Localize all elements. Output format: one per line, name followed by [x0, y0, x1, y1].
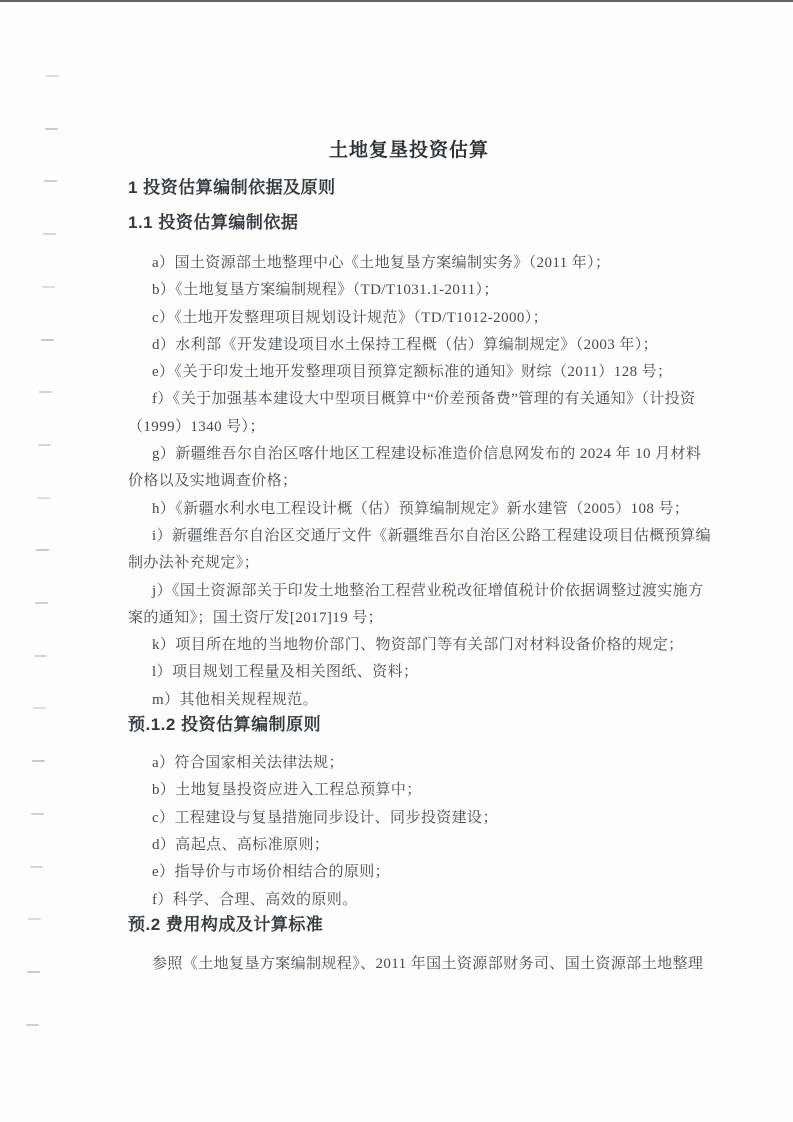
list-item-d: d）水利部《开发建设项目水土保持工程概（估）算编制规定》（2003 年）； — [128, 332, 690, 359]
list-item-c: c）《土地开发整理项目规划设计规范》（TD/T1012-2000）； — [128, 305, 690, 332]
list-item-h: h）《新疆水利水电工程设计概（估）预算编制规定》新水建管（2005）108 号； — [128, 496, 690, 523]
principle-item-a: a）符合国家相关法律法规； — [128, 750, 690, 777]
list-item-k: k）项目所在地的当地物价部门、物资部门等有关部门对材料设备价格的规定； — [128, 632, 690, 659]
principle-item-d: d）高起点、高标准原则； — [128, 832, 690, 859]
list-item-f: f）《关于加强基本建设大中型项目概算中“价差预备费”管理的有关通知》（计投资 — [128, 386, 690, 413]
principle-item-c: c）工程建设与复垦措施同步设计、同步投资建设； — [128, 805, 690, 832]
list-item-f-cont: （1999）1340 号）； — [128, 414, 690, 441]
section-pre-2-paragraph: 参照《土地复垦方案编制规程》、2011 年国土资源部财务司、国土资源部土地整理 — [128, 951, 690, 978]
section-pre-1-2-heading: 预.1.2 投资估算编制原则 — [128, 715, 690, 734]
list-item-i: i）新疆维吾尔自治区交通厅文件《新疆维吾尔自治区公路工程建设项目估概预算编 — [128, 523, 690, 550]
section-1-heading: 1 投资估算编制依据及原则 — [128, 178, 690, 197]
principle-item-b: b）土地复垦投资应进入工程总预算中； — [128, 777, 690, 804]
list-item-e: e）《关于印发土地开发整理项目预算定额标准的通知》财综（2011）128 号； — [128, 359, 690, 386]
list-item-a: a）国土资源部土地整理中心《土地复垦方案编制实务》（2011 年）； — [128, 250, 690, 277]
list-item-i-cont: 制办法补充规定》； — [128, 550, 690, 577]
basis-list: a）国土资源部土地整理中心《土地复垦方案编制实务》（2011 年）； b）《土地… — [128, 250, 690, 714]
principle-item-e: e）指导价与市场价相结合的原则； — [128, 859, 690, 886]
list-item-g: g）新疆维吾尔自治区喀什地区工程建设标准造价信息网发布的 2024 年 10 月… — [128, 441, 690, 468]
list-item-b: b）《土地复垦方案编制规程》（TD/T1031.1-2011）； — [128, 277, 690, 304]
list-item-l: l）项目规划工程量及相关图纸、资料； — [128, 659, 690, 686]
section-pre-2-heading: 预.2 费用构成及计算标准 — [128, 915, 690, 934]
scanned-document-page: 土地复垦投资估算 1 投资估算编制依据及原则 1.1 投资估算编制依据 a）国土… — [0, 0, 793, 1122]
list-item-m: m）其他相关规程规范。 — [128, 687, 690, 714]
document-title: 土地复垦投资估算 — [128, 138, 690, 163]
list-item-g-cont: 价格以及实地调查价格； — [128, 468, 690, 495]
list-item-j-cont: 案的通知》；国土资厅发[2017]19 号； — [128, 605, 690, 632]
principles-list: a）符合国家相关法律法规； b）土地复垦投资应进入工程总预算中； c）工程建设与… — [128, 750, 690, 914]
list-item-j: j）《国土资源部关于印发土地整治工程营业税改征增值税计价依据调整过渡实施方 — [128, 578, 690, 605]
section-1-1-heading: 1.1 投资估算编制依据 — [128, 213, 690, 232]
principle-item-f: f）科学、合理、高效的原则。 — [128, 887, 690, 914]
document-body: 土地复垦投资估算 1 投资估算编制依据及原则 1.1 投资估算编制依据 a）国土… — [128, 0, 690, 978]
